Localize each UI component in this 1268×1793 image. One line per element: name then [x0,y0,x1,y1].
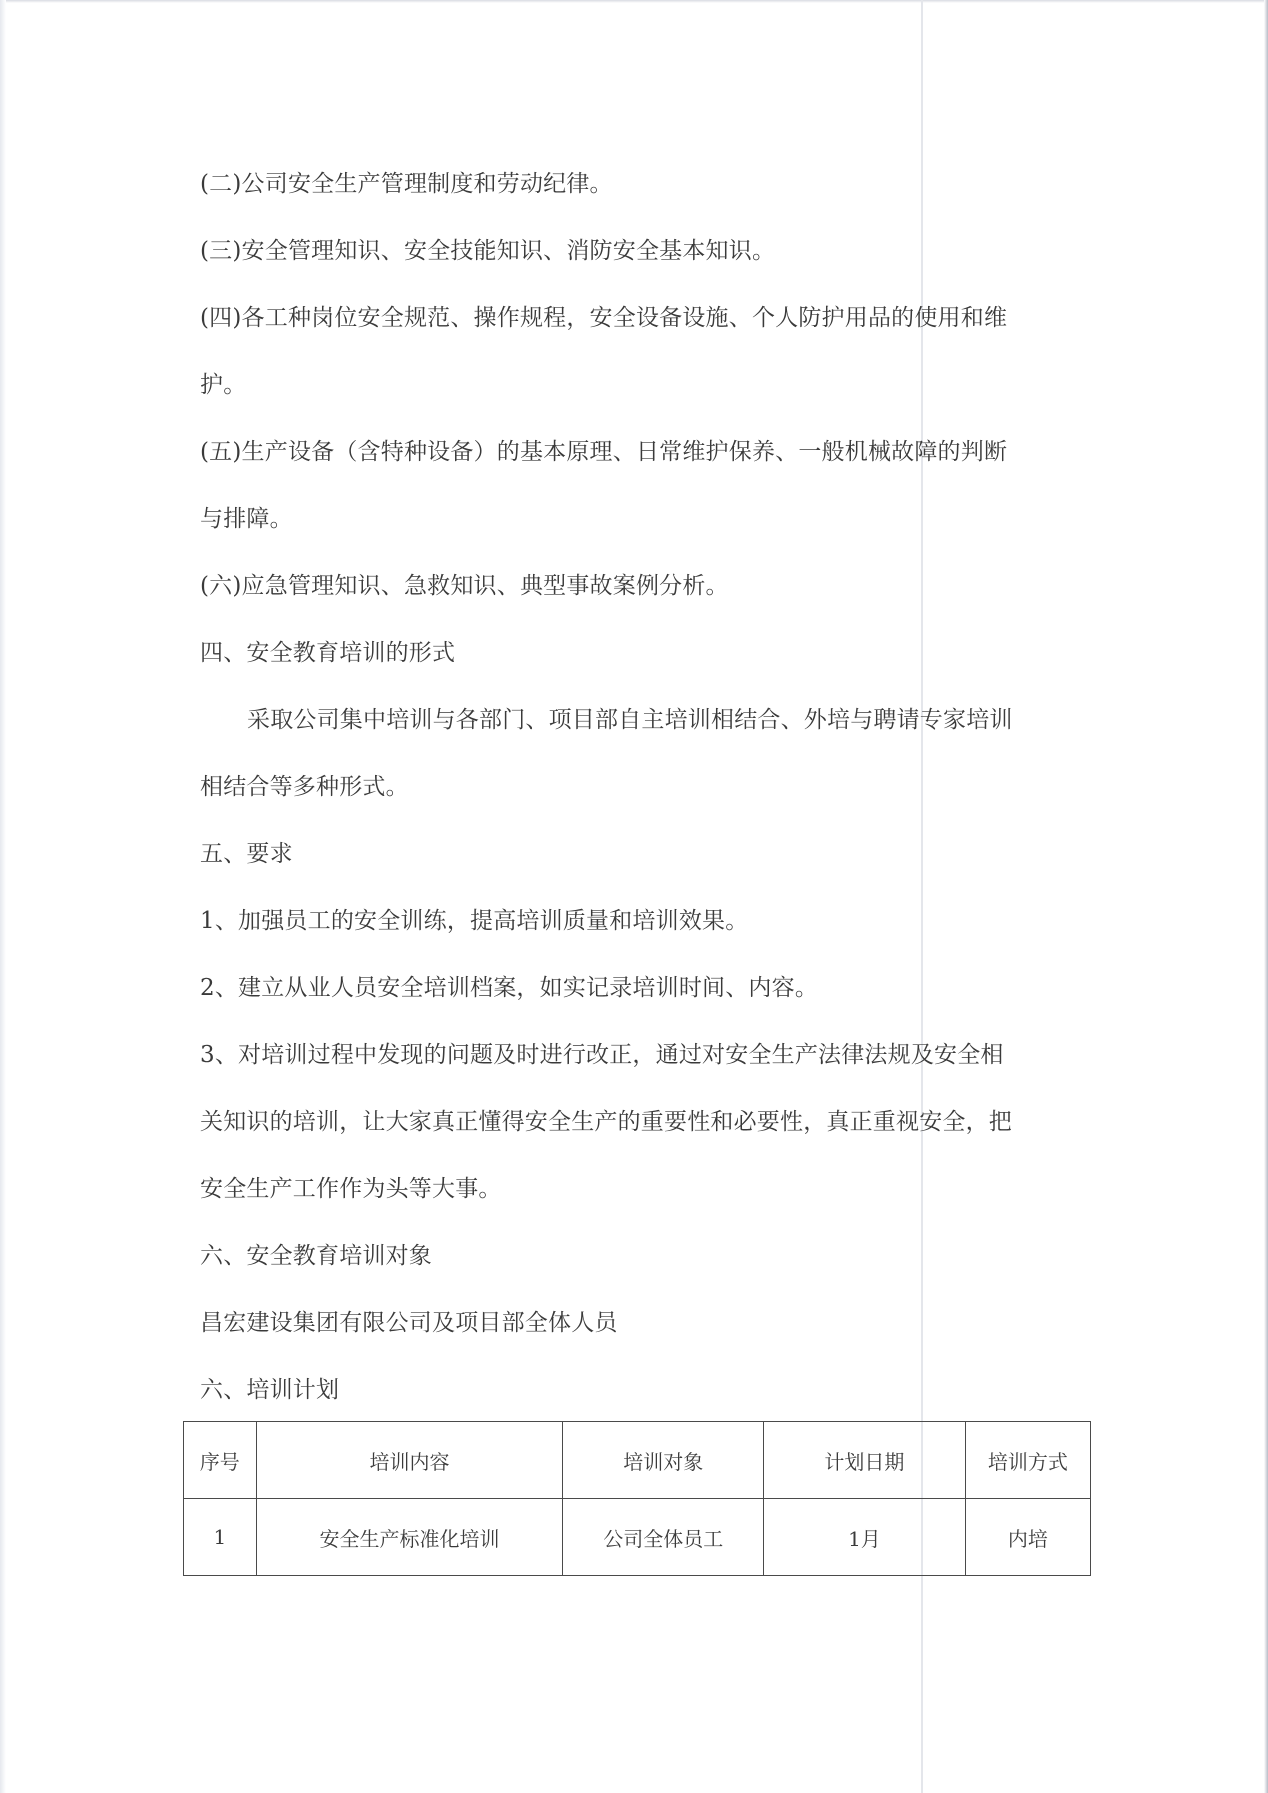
scanned-page: (二)公司安全生产管理制度和劳动纪律。 (三)安全管理知识、安全技能知识、消防安… [0,0,1268,1793]
list-item-6: (六)应急管理知识、急救知识、典型事故案例分析。 [200,566,729,606]
training-plan-table: 序号 培训内容 培训对象 计划日期 培训方式 1 安全生产标准化培训 公司全体员… [183,1421,1091,1576]
requirement-3-continuation: 关知识的培训，让大家真正懂得安全生产的重要性和必要性，真正重视安全，把 [200,1102,1012,1142]
paragraph-training-format-continuation: 相结合等多种形式。 [200,767,409,807]
header-cell-content: 培训内容 [256,1422,563,1499]
header-cell-date: 计划日期 [764,1422,966,1499]
cell-date: 1月 [764,1499,966,1576]
requirement-3-continuation-2: 安全生产工作作为头等大事。 [200,1169,502,1209]
page-right-edge [1264,0,1268,1793]
list-item-4-continuation: 护。 [200,365,246,405]
requirement-3: 3、对培训过程中发现的问题及时进行改正，通过对安全生产法律法规及安全相 [200,1035,1004,1075]
cell-content: 安全生产标准化培训 [256,1499,563,1576]
table-row: 1 安全生产标准化培训 公司全体员工 1月 内培 [184,1499,1091,1576]
page-top-edge [0,0,1268,3]
header-cell-method: 培训方式 [965,1422,1090,1499]
list-item-2: (二)公司安全生产管理制度和劳动纪律。 [200,164,613,204]
list-item-5: (五)生产设备（含特种设备）的基本原理、日常维护保养、一般机械故障的判断 [200,432,1007,472]
cell-method: 内培 [965,1499,1090,1576]
table-header-row: 序号 培训内容 培训对象 计划日期 培训方式 [184,1422,1091,1499]
requirement-2: 2、建立从业人员安全培训档案，如实记录培训时间、内容。 [200,968,818,1008]
paragraph-training-target: 昌宏建设集团有限公司及项目部全体人员 [200,1303,618,1343]
paragraph-training-format: 采取公司集中培训与各部门、项目部自主培训相结合、外培与聘请专家培训 [247,700,1013,740]
list-item-3: (三)安全管理知识、安全技能知识、消防安全基本知识。 [200,231,775,271]
cell-target: 公司全体员工 [563,1499,764,1576]
cell-index: 1 [184,1499,257,1576]
requirement-1: 1、加强员工的安全训练，提高培训质量和培训效果。 [200,901,748,941]
header-cell-target: 培训对象 [563,1422,764,1499]
section-heading-training-format: 四、安全教育培训的形式 [200,633,455,673]
page-left-edge [0,0,6,1793]
list-item-4: (四)各工种岗位安全规范、操作规程，安全设备设施、个人防护用品的使用和维 [200,298,1007,338]
section-heading-training-plan: 六、培训计划 [200,1370,339,1410]
list-item-5-continuation: 与排障。 [200,499,293,539]
section-heading-training-target: 六、安全教育培训对象 [200,1236,432,1276]
section-heading-requirements: 五、要求 [200,834,293,874]
header-cell-index: 序号 [184,1422,257,1499]
